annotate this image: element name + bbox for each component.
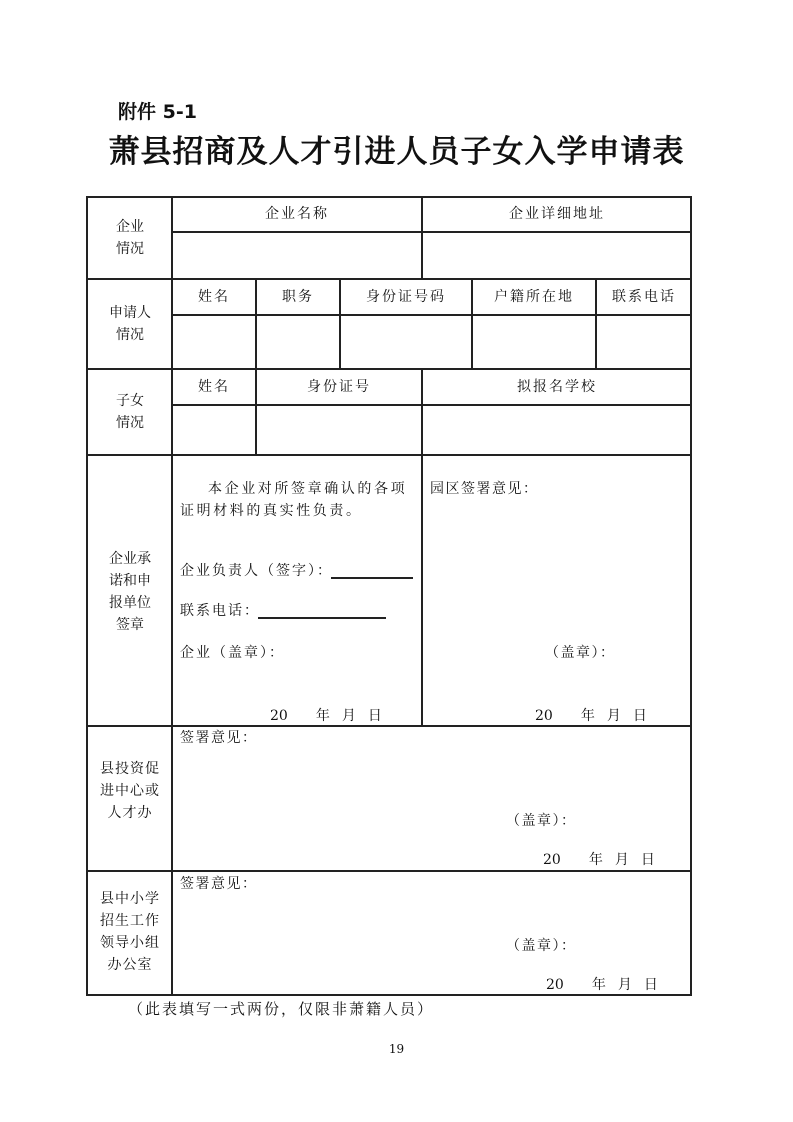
date-year: 20 xyxy=(535,708,553,724)
label-line: 领导小组 xyxy=(88,932,172,954)
applicant-id-header: 身份证号码 xyxy=(340,286,472,308)
label-line: 情况 xyxy=(88,238,172,260)
investment-date: 20年月日 xyxy=(543,849,655,871)
company-section-label: 企业 情况 xyxy=(88,216,172,260)
label-line: 招生工作 xyxy=(88,910,172,932)
label-line: 人才办 xyxy=(88,802,172,824)
label-line: 情况 xyxy=(88,324,172,346)
label-line: 情况 xyxy=(88,412,172,434)
label-line: 县投资促 xyxy=(88,758,172,780)
commitment-statement-line2: 证明材料的真实性负责。 xyxy=(180,500,363,522)
label-line: 企业 xyxy=(88,216,172,238)
label-line: 企业承 xyxy=(88,548,172,570)
investment-opinion-field[interactable] xyxy=(174,750,690,800)
date-day-unit: 日 xyxy=(644,977,658,993)
commitment-section-label: 企业承 诺和申 报单位 签章 xyxy=(88,548,172,636)
signer-signature-line[interactable] xyxy=(331,577,413,579)
applicant-position-field[interactable] xyxy=(257,316,338,367)
date-month-unit: 月 xyxy=(607,708,621,724)
school-choice-field[interactable] xyxy=(423,406,691,453)
park-opinion-field[interactable] xyxy=(424,502,690,632)
applicant-hukou-header: 户籍所在地 xyxy=(472,286,596,308)
park-seal-label: （盖章）： xyxy=(545,642,616,664)
label-line: 签章 xyxy=(88,614,172,636)
contact-phone-line[interactable] xyxy=(258,617,386,619)
company-seal-label: 企业（盖章）： xyxy=(180,642,285,664)
date-month-unit: 月 xyxy=(342,708,356,724)
child-name-header: 姓名 xyxy=(172,376,256,398)
signer-label: 企业负责人（签字）： xyxy=(180,560,333,582)
commitment-statement-line1: 本企业对所签章确认的各项 xyxy=(208,478,407,500)
label-line: 报单位 xyxy=(88,592,172,614)
date-year-unit: 年 xyxy=(581,708,595,724)
school-seal-label: （盖章）： xyxy=(506,935,577,957)
investment-seal-label: （盖章）： xyxy=(506,810,577,832)
investment-section-label: 县投资促 进中心或 人才办 xyxy=(88,758,172,824)
applicant-name-header: 姓名 xyxy=(172,286,256,308)
date-year-unit: 年 xyxy=(589,852,603,868)
date-year-unit: 年 xyxy=(592,977,606,993)
applicant-section-label: 申请人 情况 xyxy=(88,302,172,346)
contact-phone-label: 联系电话： xyxy=(180,600,260,622)
child-section-label: 子女 情况 xyxy=(88,390,172,434)
label-line: 申请人 xyxy=(88,302,172,324)
date-day-unit: 日 xyxy=(633,708,647,724)
label-line: 办公室 xyxy=(88,954,172,976)
label-line: 诺和申 xyxy=(88,570,172,592)
attachment-label: 附件 5-1 xyxy=(118,97,197,124)
company-address-field[interactable] xyxy=(423,233,691,277)
page-number: 19 xyxy=(0,1042,793,1056)
school-choice-header: 拟报名学校 xyxy=(422,376,692,398)
school-office-section-label: 县中小学 招生工作 领导小组 办公室 xyxy=(88,888,172,976)
park-opinion-label: 园区签署意见： xyxy=(430,478,539,500)
child-id-field[interactable] xyxy=(257,406,420,453)
form-footnote: （此表填写一式两份，仅限非萧籍人员） xyxy=(128,998,434,1019)
date-year: 20 xyxy=(543,852,561,868)
date-day-unit: 日 xyxy=(641,852,655,868)
park-date: 20年月日 xyxy=(535,705,647,727)
application-form-table: 企业 情况 企业名称 企业详细地址 申请人 情况 姓名 职务 身份证号码 户籍所… xyxy=(86,196,692,996)
form-title: 萧县招商及人才引进人员子女入学申请表 xyxy=(0,126,793,171)
date-year: 20 xyxy=(270,708,288,724)
date-month-unit: 月 xyxy=(618,977,632,993)
applicant-id-field[interactable] xyxy=(341,316,470,367)
child-id-header: 身份证号 xyxy=(256,376,422,398)
date-year-unit: 年 xyxy=(316,708,330,724)
applicant-name-field[interactable] xyxy=(173,316,254,367)
investment-opinion-label: 签署意见： xyxy=(180,727,258,749)
label-line: 县中小学 xyxy=(88,888,172,910)
school-opinion-label: 签署意见： xyxy=(180,873,258,895)
date-month-unit: 月 xyxy=(615,852,629,868)
applicant-phone-field[interactable] xyxy=(597,316,691,367)
school-opinion-field[interactable] xyxy=(174,896,690,932)
label-line: 进中心或 xyxy=(88,780,172,802)
company-name-header: 企业名称 xyxy=(172,203,422,225)
date-day-unit: 日 xyxy=(368,708,382,724)
commitment-date: 20年月日 xyxy=(270,705,382,727)
school-date: 20年月日 xyxy=(546,974,658,996)
applicant-position-header: 职务 xyxy=(256,286,340,308)
child-name-field[interactable] xyxy=(173,406,254,453)
applicant-hukou-field[interactable] xyxy=(473,316,594,367)
applicant-phone-header: 联系电话 xyxy=(596,286,692,308)
date-year: 20 xyxy=(546,977,564,993)
company-name-field[interactable] xyxy=(173,233,420,277)
company-address-header: 企业详细地址 xyxy=(422,203,692,225)
label-line: 子女 xyxy=(88,390,172,412)
